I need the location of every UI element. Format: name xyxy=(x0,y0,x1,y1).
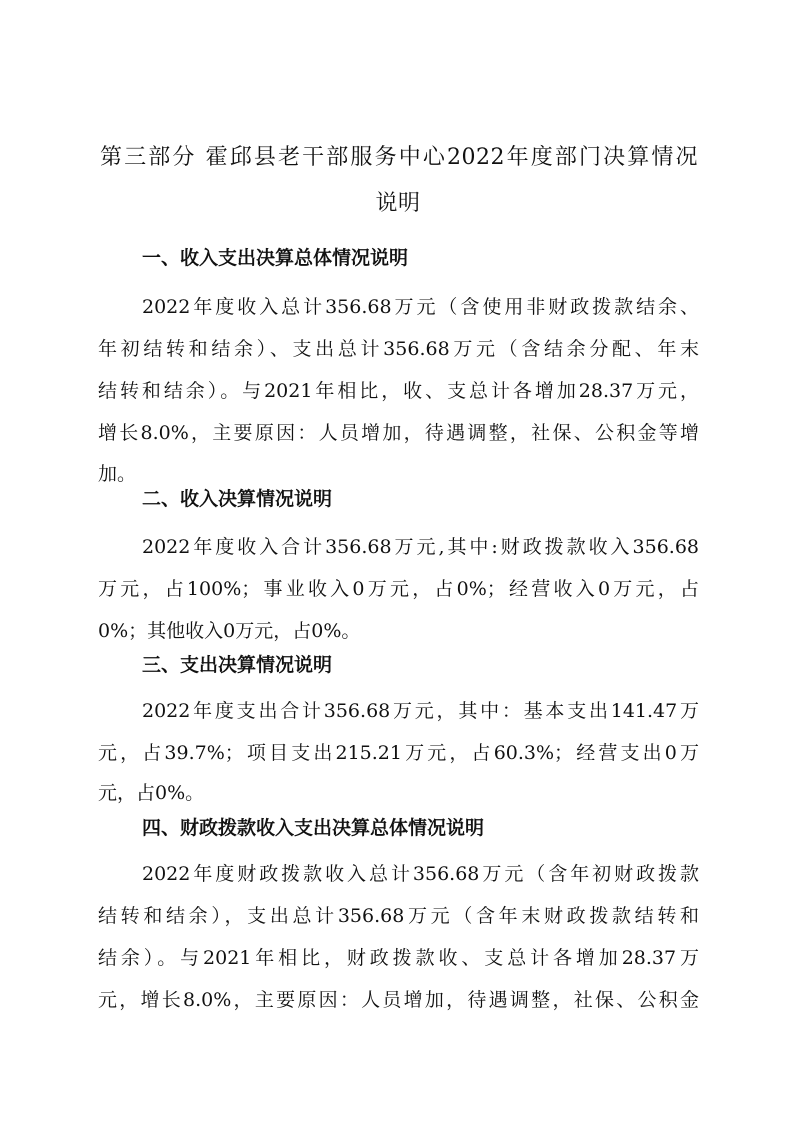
paragraph-line: 年初结转和结余）、支出总计356.68万元（含结余分配、年末 xyxy=(98,338,699,360)
paragraph-line: 结转和结余）。与2021年相比，收、支总计各增加28.37万元， xyxy=(98,380,699,402)
section-heading-fiscal-appropriation: 四、财政拨款收入支出决算总体情况说明 xyxy=(142,817,484,839)
document-title-line-1: 第三部分 霍邱县老干部服务中心2022年度部门决算情况 xyxy=(100,146,698,170)
paragraph-line: 增长8.0%，主要原因：人员增加，待遇调整，社保、公积金等增 xyxy=(98,422,699,444)
paragraph-line: 元，占0%。 xyxy=(98,782,699,804)
paragraph-line: 2022年度收入总计356.68万元（含使用非财政拨款结余、 xyxy=(142,296,699,318)
paragraph-line: 元，占39.7%；项目支出215.21万元，占60.3%；经营支出0万 xyxy=(98,742,699,764)
paragraph-line: 2022年度财政拨款收入总计356.68万元（含年初财政拨款 xyxy=(142,863,699,885)
paragraph-line: 加。 xyxy=(98,463,699,485)
paragraph-line: 结余）。与2021年相比，财政拨款收、支总计各增加28.37万 xyxy=(98,947,699,969)
paragraph-line: 万元，占100%；事业收入0万元，占0%；经营收入0万元，占 xyxy=(98,578,699,600)
section-heading-income: 二、收入决算情况说明 xyxy=(142,488,332,510)
paragraph-line: 结转和结余），支出总计356.68万元（含年末财政拨款结转和 xyxy=(98,905,699,927)
section-heading-expenditure: 三、支出决算情况说明 xyxy=(142,654,332,676)
paragraph-line: 2022年度收入合计356.68万元,其中:财政拨款收入356.68 xyxy=(142,536,699,558)
paragraph-line: 元，增长8.0%，主要原因：人员增加，待遇调整，社保、公积金 xyxy=(98,989,699,1011)
paragraph-line: 2022年度支出合计356.68万元，其中：基本支出141.47万 xyxy=(142,700,699,722)
document-title-line-2: 说明 xyxy=(98,192,698,216)
paragraph-line: 0%；其他收入0万元，占0%。 xyxy=(98,620,699,642)
document-page: 第三部分 霍邱县老干部服务中心2022年度部门决算情况 说明 一、收入支出决算总… xyxy=(0,0,793,1122)
section-heading-income-expenditure-overview: 一、收入支出决算总体情况说明 xyxy=(142,247,408,269)
